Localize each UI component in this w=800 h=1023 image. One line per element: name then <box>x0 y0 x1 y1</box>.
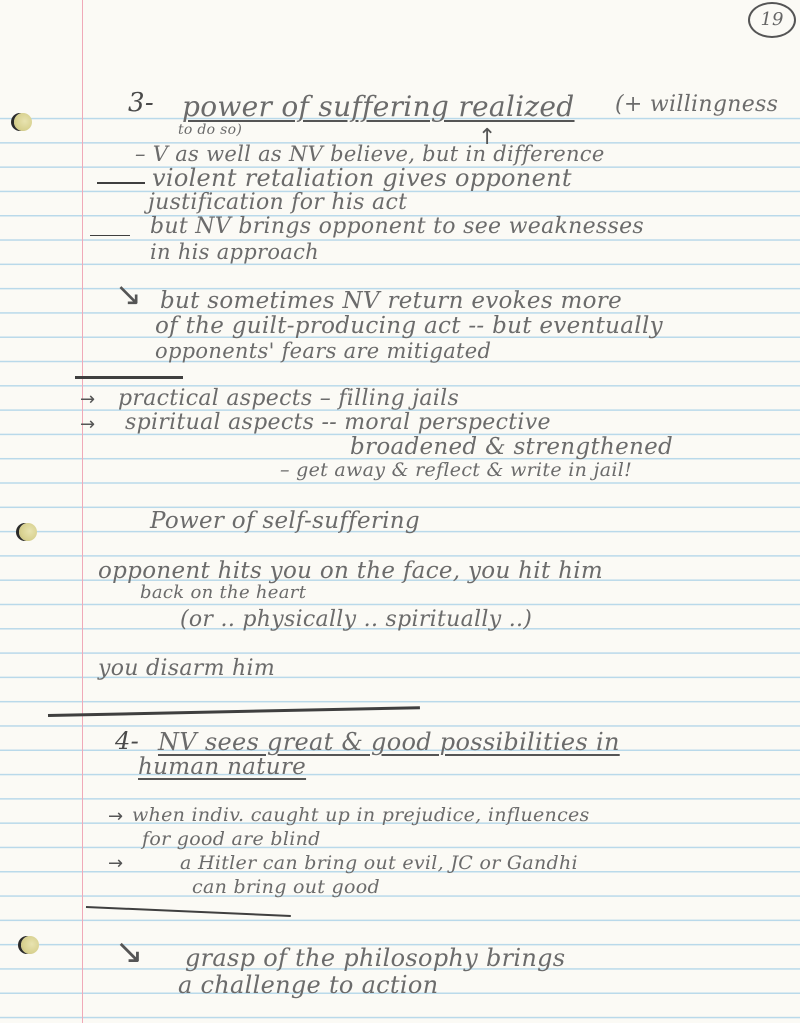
section3-line-7: of the guilt-producing act -- but eventu… <box>155 313 663 339</box>
dash-marker <box>97 182 145 184</box>
arrow-down-right-icon: ↘ <box>115 932 144 972</box>
section4-number: 4- <box>115 727 139 755</box>
arrow-right-icon: → <box>80 414 95 435</box>
section-divider <box>86 906 291 917</box>
notebook-page: 19 3- power of suffering realized (+ wil… <box>0 0 800 1023</box>
section3-aside: (+ willingness <box>615 92 778 117</box>
page-number: 19 <box>748 2 796 38</box>
self-suffering-line-3: (or .. physically .. spiritually ..) <box>180 607 532 632</box>
section-divider <box>48 706 420 717</box>
arrow-right-icon: → <box>80 389 95 410</box>
conclusion-line-2: a challenge to action <box>178 971 438 999</box>
arrow-right-icon: → <box>108 853 123 874</box>
section3-line-8: opponents' fears are mitigated <box>155 339 491 363</box>
section3-number: 3- <box>128 88 154 118</box>
section3-line-2: violent retaliation gives opponent <box>152 164 572 192</box>
section3-line-4: but NV brings opponent to see weaknesses <box>150 214 644 239</box>
self-suffering-line-2: back on the heart <box>140 582 306 603</box>
section4-heading: NV sees great & good possibilities in <box>158 728 620 756</box>
section3-heading: power of suffering realized <box>182 90 575 123</box>
section4-heading-cont: human nature <box>138 754 306 780</box>
arrow-right-icon: → <box>108 806 123 827</box>
binder-hole-bottom <box>21 936 39 954</box>
section-divider <box>75 376 183 379</box>
section4-line-2: for good are blind <box>142 828 321 850</box>
section3-aside-cont: to do so) <box>178 122 242 138</box>
spiritual-aspects-note: – get away & reflect & write in jail! <box>280 459 632 481</box>
arrow-down-right-icon: ↘ <box>115 275 142 313</box>
section4-line-3: a Hitler can bring out evil, JC or Gandh… <box>180 852 578 874</box>
spiritual-aspects: spiritual aspects -- moral perspective <box>125 410 551 435</box>
practical-aspects: practical aspects – filling jails <box>118 386 459 411</box>
self-suffering-line-4: you disarm him <box>98 656 275 681</box>
section3-line-5: in his approach <box>150 240 319 264</box>
dash-marker <box>90 235 130 236</box>
section3-line-6: but sometimes NV return evokes more <box>160 288 622 314</box>
spiritual-aspects-cont: broadened & strengthened <box>350 434 673 460</box>
red-margin-line <box>82 0 83 1023</box>
binder-hole-middle <box>19 523 37 541</box>
section3-line-3: justification for his act <box>148 190 407 215</box>
self-suffering-heading: Power of self-suffering <box>150 508 420 534</box>
section4-line-1: when indiv. caught up in prejudice, infl… <box>132 804 590 826</box>
conclusion-line-1: grasp of the philosophy brings <box>185 944 565 972</box>
section3-line-1: – V as well as NV believe, but in differ… <box>135 142 605 166</box>
section4-line-4: can bring out good <box>192 876 380 898</box>
binder-hole-top <box>14 113 32 131</box>
self-suffering-line-1: opponent hits you on the face, you hit h… <box>98 558 603 584</box>
